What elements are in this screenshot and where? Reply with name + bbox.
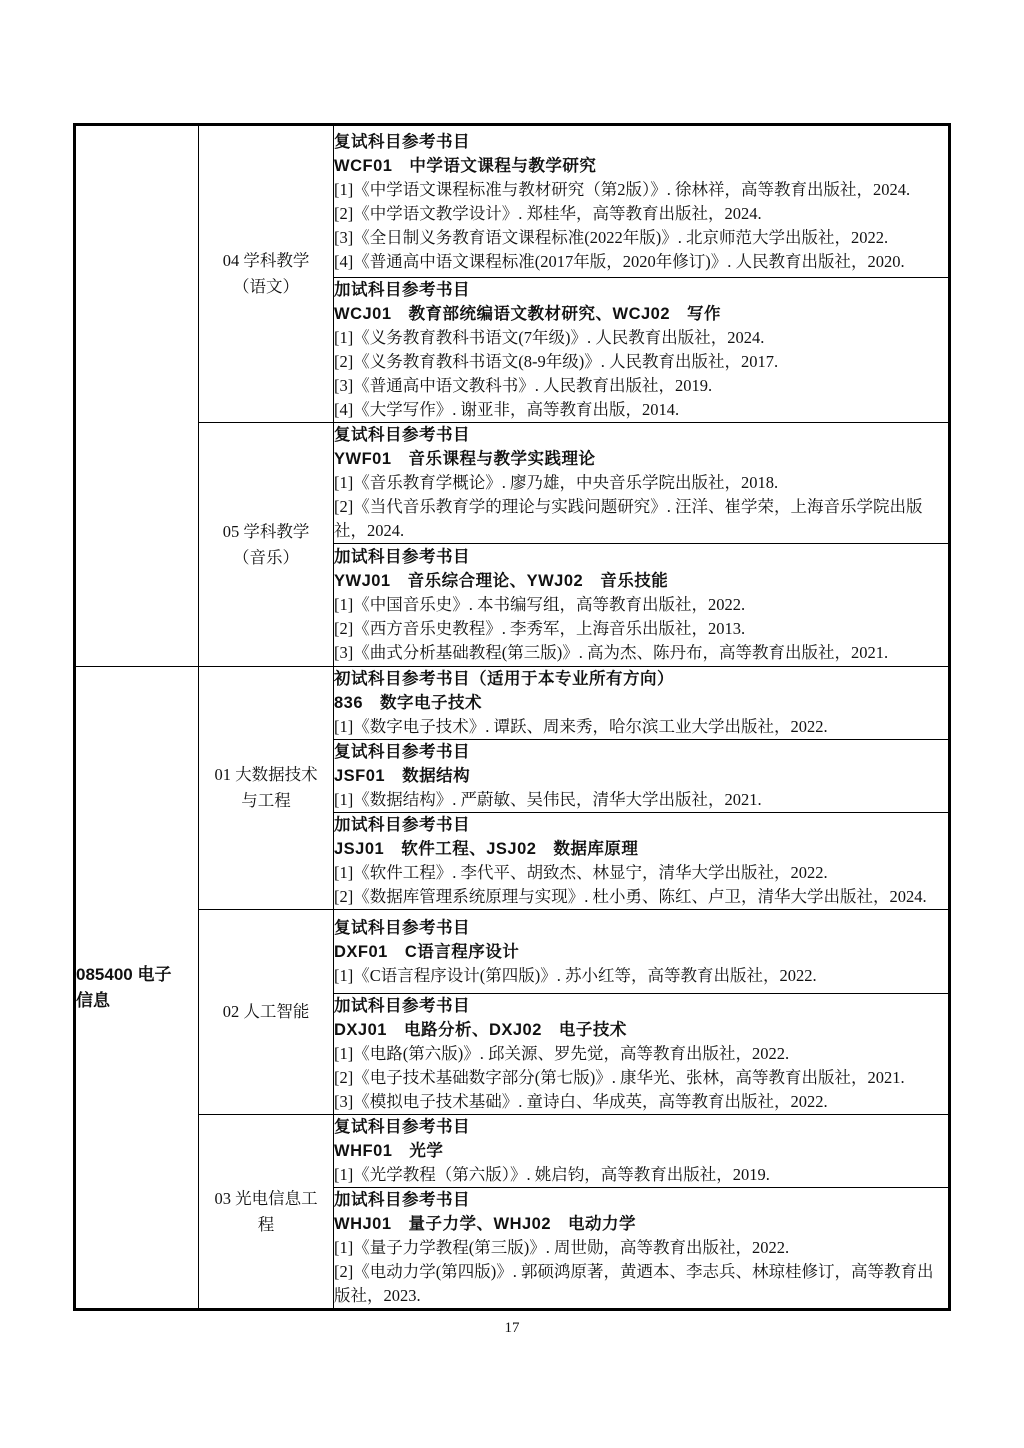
book-item: [1]《C语言程序设计(第四版)》. 苏小红等，高等教育出版社，2022.: [334, 964, 948, 988]
major-cell-blank: [75, 125, 199, 667]
direction-label: 与工程: [199, 788, 333, 814]
section-title: 复试科目参考书目: [334, 916, 948, 940]
section-cell: 复试科目参考书目 WHF01 光学 [1]《光学教程（第六版）》. 姚启钧，高等…: [334, 1115, 950, 1188]
direction-cell-01: 01 大数据技术 与工程: [199, 667, 334, 910]
book-item: [3]《普通高中语文教科书》. 人民教育出版社，2019.: [334, 374, 948, 398]
section-cell: 复试科目参考书目 JSF01 数据结构 [1]《数据结构》. 严蔚敏、吴伟民，清…: [334, 740, 950, 813]
section-cell: 加试科目参考书目 YWJ01 音乐综合理论、YWJ02 音乐技能 [1]《中国音…: [334, 544, 950, 667]
page-number: 17: [0, 1318, 1024, 1338]
direction-label: 04 学科教学: [199, 248, 333, 274]
book-item: [2]《电动力学(第四版)》. 郭硕鸿原著，黄迺本、李志兵、林琼桂修订，高等教育…: [334, 1260, 948, 1308]
book-item: [3]《模拟电子技术基础》. 童诗白、华成英，高等教育出版社，2022.: [334, 1090, 948, 1114]
direction-label: 02 人工智能: [199, 999, 333, 1025]
section-cell: 加试科目参考书目 JSJ01 软件工程、JSJ02 数据库原理 [1]《软件工程…: [334, 813, 950, 910]
section-title: 加试科目参考书目: [334, 1188, 948, 1212]
section-title: 加试科目参考书目: [334, 813, 948, 837]
section-title: 复试科目参考书目: [334, 740, 948, 764]
section-title: 复试科目参考书目: [334, 423, 948, 447]
table-row: 02 人工智能 复试科目参考书目 DXF01 C语言程序设计 [1]《C语言程序…: [75, 910, 950, 994]
section-title: 复试科目参考书目: [334, 130, 948, 154]
section-cell: 加试科目参考书目 WHJ01 量子力学、WHJ02 电动力学 [1]《量子力学教…: [334, 1188, 950, 1310]
book-item: [2]《义务教育教科书语文(8-9年级)》. 人民教育出版社，2017.: [334, 350, 948, 374]
section-subjects: DXF01 C语言程序设计: [334, 940, 948, 964]
direction-label: 03 光电信息工: [199, 1186, 333, 1212]
direction-label: （语文）: [199, 274, 333, 300]
book-item: [1]《数据结构》. 严蔚敏、吴伟民，清华大学出版社，2021.: [334, 788, 948, 812]
book-item: [2]《数据库管理系统原理与实现》. 杜小勇、陈红、卢卫，清华大学出版社，202…: [334, 885, 948, 909]
table-row: 05 学科教学 （音乐） 复试科目参考书目 YWF01 音乐课程与教学实践理论 …: [75, 423, 950, 544]
book-item: [3]《曲式分析基础教程(第三版)》. 高为杰、陈丹布，高等教育出版社，2021…: [334, 641, 948, 665]
section-subjects: WHJ01 量子力学、WHJ02 电动力学: [334, 1212, 948, 1236]
book-item: [4]《普通高中语文课程标准(2017年版，2020年修订)》. 人民教育出版社…: [334, 250, 948, 274]
section-subjects: DXJ01 电路分析、DXJ02 电子技术: [334, 1018, 948, 1042]
book-item: [3]《全日制义务教育语文课程标准(2022年版)》. 北京师范大学出版社，20…: [334, 226, 948, 250]
direction-label: （音乐）: [199, 545, 333, 571]
book-item: [2]《西方音乐史教程》. 李秀军，上海音乐出版社，2013.: [334, 617, 948, 641]
section-subjects: JSJ01 软件工程、JSJ02 数据库原理: [334, 837, 948, 861]
direction-cell-04: 04 学科教学 （语文）: [199, 125, 334, 423]
section-title: 加试科目参考书目: [334, 545, 948, 569]
section-subjects: WCF01 中学语文课程与教学研究: [334, 154, 948, 178]
book-item: [2]《中学语文教学设计》. 郑桂华，高等教育出版社，2024.: [334, 202, 948, 226]
book-item: [1]《软件工程》. 李代平、胡致杰、林显宁，清华大学出版社，2022.: [334, 861, 948, 885]
major-label: 085400 电子: [76, 962, 198, 988]
book-item: [1]《数字电子技术》. 谭跃、周来秀，哈尔滨工业大学出版社，2022.: [334, 715, 948, 739]
section-cell: 初试科目参考书目（适用于本专业所有方向） 836 数字电子技术 [1]《数字电子…: [334, 667, 950, 740]
section-cell: 复试科目参考书目 YWF01 音乐课程与教学实践理论 [1]《音乐教育学概论》.…: [334, 423, 950, 544]
book-item: [2]《当代音乐教育学的理论与实践问题研究》. 汪洋、崔学荣，上海音乐学院出版社…: [334, 495, 948, 543]
book-item: [1]《量子力学教程(第三版)》. 周世勋，高等教育出版社，2022.: [334, 1236, 948, 1260]
book-item: [1]《中国音乐史》. 本书编写组，高等教育出版社，2022.: [334, 593, 948, 617]
reference-books-table: 04 学科教学 （语文） 复试科目参考书目 WCF01 中学语文课程与教学研究 …: [73, 123, 951, 1311]
table-row: 04 学科教学 （语文） 复试科目参考书目 WCF01 中学语文课程与教学研究 …: [75, 125, 950, 278]
book-item: [1]《义务教育教科书语文(7年级)》. 人民教育出版社，2024.: [334, 326, 948, 350]
major-cell-085400: 085400 电子 信息: [75, 667, 199, 1310]
table-row: 03 光电信息工 程 复试科目参考书目 WHF01 光学 [1]《光学教程（第六…: [75, 1115, 950, 1188]
direction-cell-02: 02 人工智能: [199, 910, 334, 1115]
section-title: 复试科目参考书目: [334, 1115, 948, 1139]
section-subjects: YWF01 音乐课程与教学实践理论: [334, 447, 948, 471]
section-cell: 加试科目参考书目 DXJ01 电路分析、DXJ02 电子技术 [1]《电路(第六…: [334, 994, 950, 1115]
book-item: [1]《中学语文课程标准与教材研究（第2版）》. 徐林祥，高等教育出版社，202…: [334, 178, 948, 202]
section-subjects: WCJ01 教育部统编语文教材研究、WCJ02 写作: [334, 302, 948, 326]
section-title: 加试科目参考书目: [334, 994, 948, 1018]
direction-cell-03: 03 光电信息工 程: [199, 1115, 334, 1310]
section-cell: 复试科目参考书目 WCF01 中学语文课程与教学研究 [1]《中学语文课程标准与…: [334, 125, 950, 278]
section-cell: 复试科目参考书目 DXF01 C语言程序设计 [1]《C语言程序设计(第四版)》…: [334, 910, 950, 994]
direction-cell-05: 05 学科教学 （音乐）: [199, 423, 334, 667]
section-subjects: YWJ01 音乐综合理论、YWJ02 音乐技能: [334, 569, 948, 593]
direction-label: 01 大数据技术: [199, 762, 333, 788]
section-title: 加试科目参考书目: [334, 278, 948, 302]
section-subjects: WHF01 光学: [334, 1139, 948, 1163]
direction-label: 05 学科教学: [199, 519, 333, 545]
book-item: [1]《电路(第六版)》. 邱关源、罗先觉，高等教育出版社，2022.: [334, 1042, 948, 1066]
document-page: 04 学科教学 （语文） 复试科目参考书目 WCF01 中学语文课程与教学研究 …: [0, 0, 1024, 1448]
table-row: 085400 电子 信息 01 大数据技术 与工程 初试科目参考书目（适用于本专…: [75, 667, 950, 740]
section-title: 初试科目参考书目（适用于本专业所有方向）: [334, 667, 948, 691]
book-item: [2]《电子技术基础数字部分(第七版)》. 康华光、张林，高等教育出版社，202…: [334, 1066, 948, 1090]
section-subjects: JSF01 数据结构: [334, 764, 948, 788]
section-subjects: 836 数字电子技术: [334, 691, 948, 715]
book-item: [4]《大学写作》. 谢亚非，高等教育出版，2014.: [334, 398, 948, 422]
section-cell: 加试科目参考书目 WCJ01 教育部统编语文教材研究、WCJ02 写作 [1]《…: [334, 278, 950, 423]
book-item: [1]《光学教程（第六版）》. 姚启钧，高等教育出版社，2019.: [334, 1163, 948, 1187]
direction-label: 程: [199, 1212, 333, 1238]
major-label: 信息: [76, 988, 198, 1014]
book-item: [1]《音乐教育学概论》. 廖乃雄，中央音乐学院出版社，2018.: [334, 471, 948, 495]
